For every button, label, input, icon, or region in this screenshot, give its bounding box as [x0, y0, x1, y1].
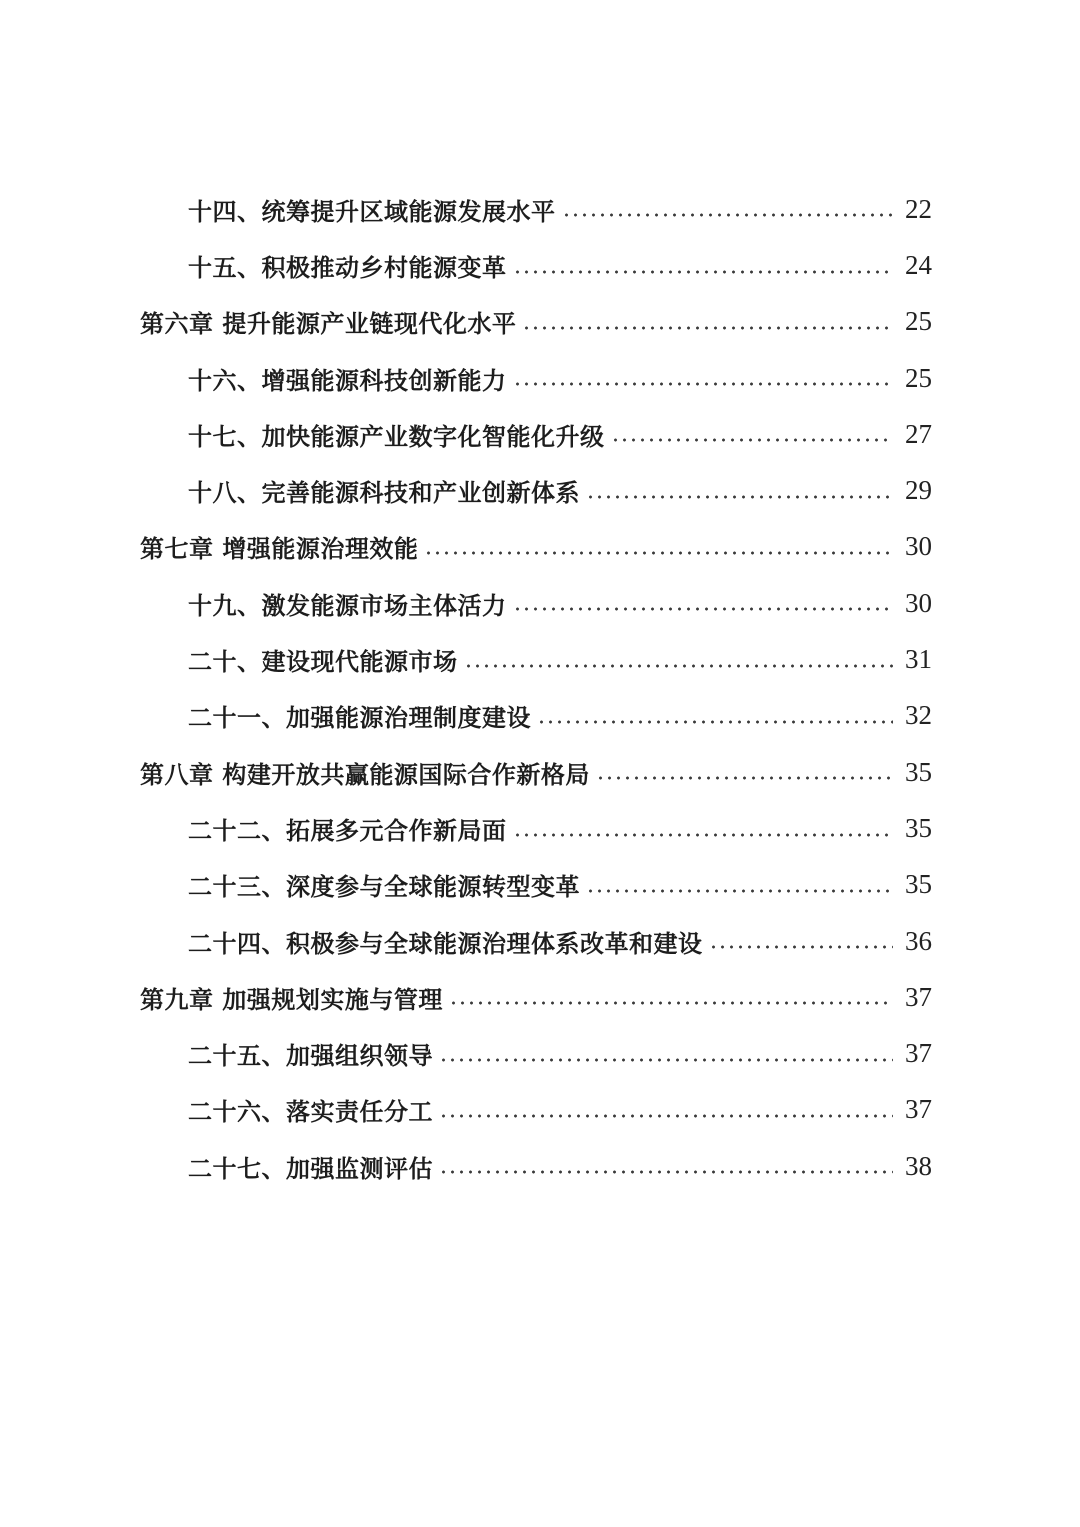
leader-dots	[439, 1057, 893, 1063]
toc-entry: 二十四、积极参与全球能源治理体系改革和建设36	[140, 913, 932, 969]
leader-dots	[464, 663, 894, 669]
toc-entry-label: 十六、增强能源科技创新能力	[188, 361, 507, 396]
toc-entry: 十九、激发能源市场主体活力30	[140, 575, 932, 631]
toc-entry-label: 二十一、加强能源治理制度建设	[188, 698, 531, 733]
toc-entry-page-number: 25	[898, 363, 932, 394]
table-of-contents: 十四、统筹提升区域能源发展水平22十五、积极推动乡村能源变革24第六章 提升能源…	[140, 181, 932, 1194]
toc-entry-page-number: 35	[898, 813, 932, 844]
leader-dots	[439, 1169, 893, 1175]
toc-entry-label: 二十、建设现代能源市场	[188, 642, 458, 677]
toc-entry: 十六、增强能源科技创新能力25	[140, 350, 932, 406]
toc-entry-page-number: 31	[898, 644, 932, 675]
toc-entry-label: 十九、激发能源市场主体活力	[188, 586, 507, 621]
toc-entry-page-number: 30	[898, 531, 932, 562]
toc-entry-page-number: 25	[898, 306, 932, 337]
toc-entry-page-number: 36	[898, 926, 932, 957]
toc-entry-page-number: 35	[898, 757, 932, 788]
toc-entry-label: 十四、统筹提升区域能源发展水平	[188, 192, 556, 227]
toc-entry: 十四、统筹提升区域能源发展水平22	[140, 181, 932, 237]
toc-entry-page-number: 24	[898, 250, 932, 281]
leader-dots	[562, 212, 894, 218]
toc-entry: 二十七、加强监测评估38	[140, 1138, 932, 1194]
toc-entry-page-number: 37	[898, 982, 932, 1013]
leader-dots	[513, 832, 894, 838]
toc-entry: 十七、加快能源产业数字化智能化升级27	[140, 406, 932, 462]
toc-entry-page-number: 37	[898, 1094, 932, 1125]
toc-entry: 第七章 增强能源治理效能30	[140, 519, 932, 575]
toc-entry: 二十、建设现代能源市场31	[140, 631, 932, 687]
toc-entry-label: 第八章 构建开放共赢能源国际合作新格局	[140, 755, 590, 790]
toc-entry-page-number: 30	[898, 588, 932, 619]
toc-entry-page-number: 35	[898, 869, 932, 900]
toc-entry: 二十二、拓展多元合作新局面35	[140, 800, 932, 856]
toc-entry-label: 第九章 加强规划实施与管理	[140, 980, 443, 1015]
leader-dots	[537, 719, 893, 725]
toc-entry-page-number: 27	[898, 419, 932, 450]
toc-entry-label: 二十六、落实责任分工	[188, 1092, 433, 1127]
toc-entry-label: 二十四、积极参与全球能源治理体系改革和建设	[188, 924, 703, 959]
toc-entry-label: 二十三、深度参与全球能源转型变革	[188, 867, 580, 902]
toc-entry: 十八、完善能源科技和产业创新体系29	[140, 462, 932, 518]
toc-entry: 二十三、深度参与全球能源转型变革35	[140, 857, 932, 913]
leader-dots	[586, 888, 893, 894]
leader-dots	[586, 494, 893, 500]
toc-entry: 二十一、加强能源治理制度建设32	[140, 688, 932, 744]
toc-entry: 第八章 构建开放共赢能源国际合作新格局35	[140, 744, 932, 800]
leader-dots	[596, 775, 893, 781]
toc-entry: 二十六、落实责任分工37	[140, 1082, 932, 1138]
toc-entry: 二十五、加强组织领导37	[140, 1025, 932, 1081]
leader-dots	[522, 325, 893, 331]
toc-entry-label: 第六章 提升能源产业链现代化水平	[140, 304, 516, 339]
toc-entry-page-number: 29	[898, 475, 932, 506]
leader-dots	[513, 381, 894, 387]
leader-dots	[513, 606, 894, 612]
toc-entry: 第九章 加强规划实施与管理37	[140, 969, 932, 1025]
leader-dots	[449, 1000, 893, 1006]
toc-entry-label: 二十二、拓展多元合作新局面	[188, 811, 507, 846]
toc-entry-label: 二十七、加强监测评估	[188, 1149, 433, 1184]
toc-entry-label: 十五、积极推动乡村能源变革	[188, 248, 507, 283]
toc-entry-label: 第七章 增强能源治理效能	[140, 529, 418, 564]
toc-entry-page-number: 38	[898, 1151, 932, 1182]
toc-entry-page-number: 32	[898, 700, 932, 731]
leader-dots	[439, 1113, 893, 1119]
leader-dots	[709, 944, 894, 950]
leader-dots	[513, 269, 894, 275]
toc-entry-page-number: 22	[898, 194, 932, 225]
toc-entry-label: 十七、加快能源产业数字化智能化升级	[188, 417, 605, 452]
leader-dots	[424, 550, 893, 556]
toc-entry-page-number: 37	[898, 1038, 932, 1069]
toc-entry-label: 十八、完善能源科技和产业创新体系	[188, 473, 580, 508]
toc-entry-label: 二十五、加强组织领导	[188, 1036, 433, 1071]
leader-dots	[611, 437, 894, 443]
document-page: 十四、统筹提升区域能源发展水平22十五、积极推动乡村能源变革24第六章 提升能源…	[0, 0, 1080, 1527]
toc-entry: 第六章 提升能源产业链现代化水平25	[140, 294, 932, 350]
toc-entry: 十五、积极推动乡村能源变革24	[140, 237, 932, 293]
